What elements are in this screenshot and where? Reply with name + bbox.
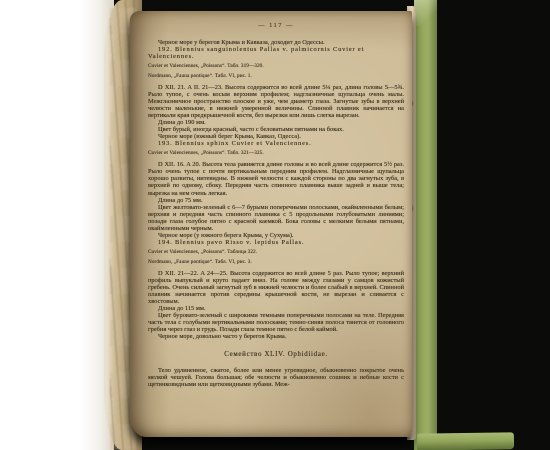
family-description-paragraph: Тело удлиненное, сжатое, более или менее… (148, 367, 404, 388)
reference-line: Cuvier et Valenciennes, „Poissons“. Табл… (148, 64, 404, 70)
color-paragraph-193: Цвет желтовато-зеленый с 6—7 бурыми попе… (148, 204, 404, 232)
range-line-194: Черное море, довольно часто у берегов Кр… (148, 333, 404, 340)
species-heading-193: 193. Blennius sphinx Cuvier et Valencien… (148, 140, 404, 147)
color-paragraph-194: Цвет буровато-зеленый с широкими темными… (148, 312, 404, 333)
cover-corner-highlight (414, 0, 437, 26)
length-line-193: Длина до 75 мм. (148, 197, 404, 204)
description-paragraph-192: D XII. 21. A II. 21—23. Высота содержитс… (148, 84, 404, 119)
reference-line: Nordmann, „Fauna pontique“. Табл. VI, ри… (148, 74, 404, 80)
page-number: — 117 — (148, 22, 404, 29)
page-text-column: — 117 — Черное море у берегов Крыма и Ка… (148, 22, 404, 388)
family-heading-ophidiidae: Семейство XLIV. Ophidiidae. (148, 351, 404, 358)
description-paragraph-194: D XII. 21—22. A 24—25. Высота содержится… (148, 270, 404, 305)
reference-line: Nordmann, „Faune pontique“. Табл. VI, ри… (148, 260, 404, 266)
species-heading-192: 192. Blennius sanguinolentus Pallas v. p… (148, 46, 404, 60)
range-line-193: Черное море (у южного берега Крыма, у Су… (148, 232, 404, 239)
species-heading-194: 194. Blennius pavo Risso v. lepidus Pall… (148, 239, 404, 246)
description-paragraph-193: D XII. 16. A 20. Высота тела равняется д… (148, 161, 404, 196)
reference-line: Cuvier et Valenciennes, „Poissons“. Табл… (148, 250, 404, 256)
range-line-192: Черное море (южный берег Крыма, Кавказ, … (148, 133, 404, 140)
book-cover-bottom-edge (417, 432, 514, 450)
book-cover-right-edge (414, 0, 437, 450)
book-photo: { "colors": { "background": "#0b0b09", "… (0, 0, 550, 450)
length-line-194: Длина до 115 мм. (148, 305, 404, 312)
paragraph-range-192: Черное море у берегов Крыма и Кавказа, д… (148, 39, 404, 46)
book-page: — 117 — Черное море у берегов Крыма и Ка… (130, 11, 412, 437)
book-fore-edge (0, 0, 114, 450)
reference-line: Cuvier et Valenciennes, „Poissons“. Табл… (148, 151, 404, 157)
